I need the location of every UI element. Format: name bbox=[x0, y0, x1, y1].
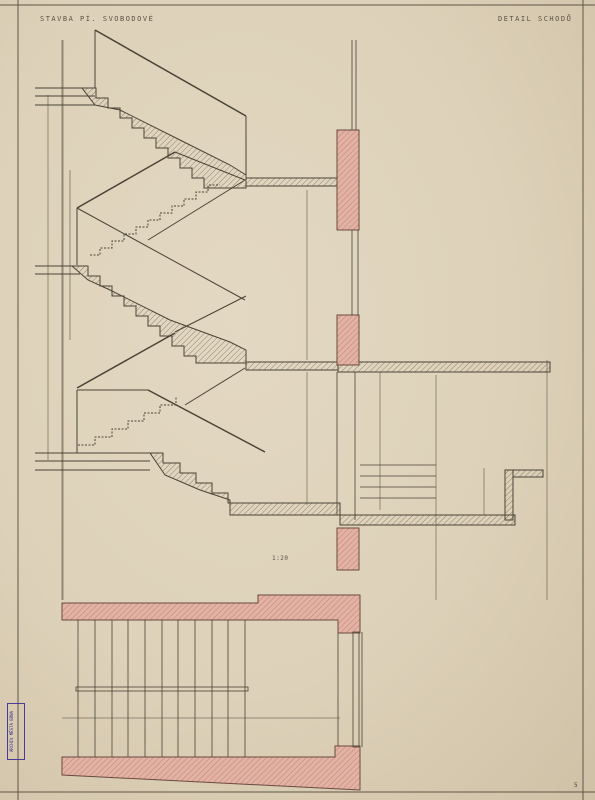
drawing-sheet: STAVBA PÍ. SVOBODOVÉ DETAIL SCHODŮ 1:20 … bbox=[0, 0, 595, 800]
frame-lines bbox=[0, 0, 595, 800]
staircase-drawing bbox=[0, 0, 595, 800]
archive-stamp: ARCHIV MĚSTA BRNA bbox=[7, 703, 25, 760]
sheet-number: 5 bbox=[574, 782, 578, 789]
landings bbox=[246, 178, 550, 525]
dimension-lines bbox=[48, 40, 70, 600]
bottom-flight bbox=[150, 453, 340, 515]
plan-treads bbox=[62, 620, 362, 757]
middle-flight bbox=[72, 266, 246, 363]
scale-label: 1:20 bbox=[272, 555, 288, 562]
drawing-subtitle: DETAIL SCHODŮ bbox=[498, 15, 572, 23]
upper-flight bbox=[82, 30, 246, 188]
plan-view bbox=[62, 595, 360, 790]
drawing-title: STAVBA PÍ. SVOBODOVÉ bbox=[40, 15, 154, 23]
